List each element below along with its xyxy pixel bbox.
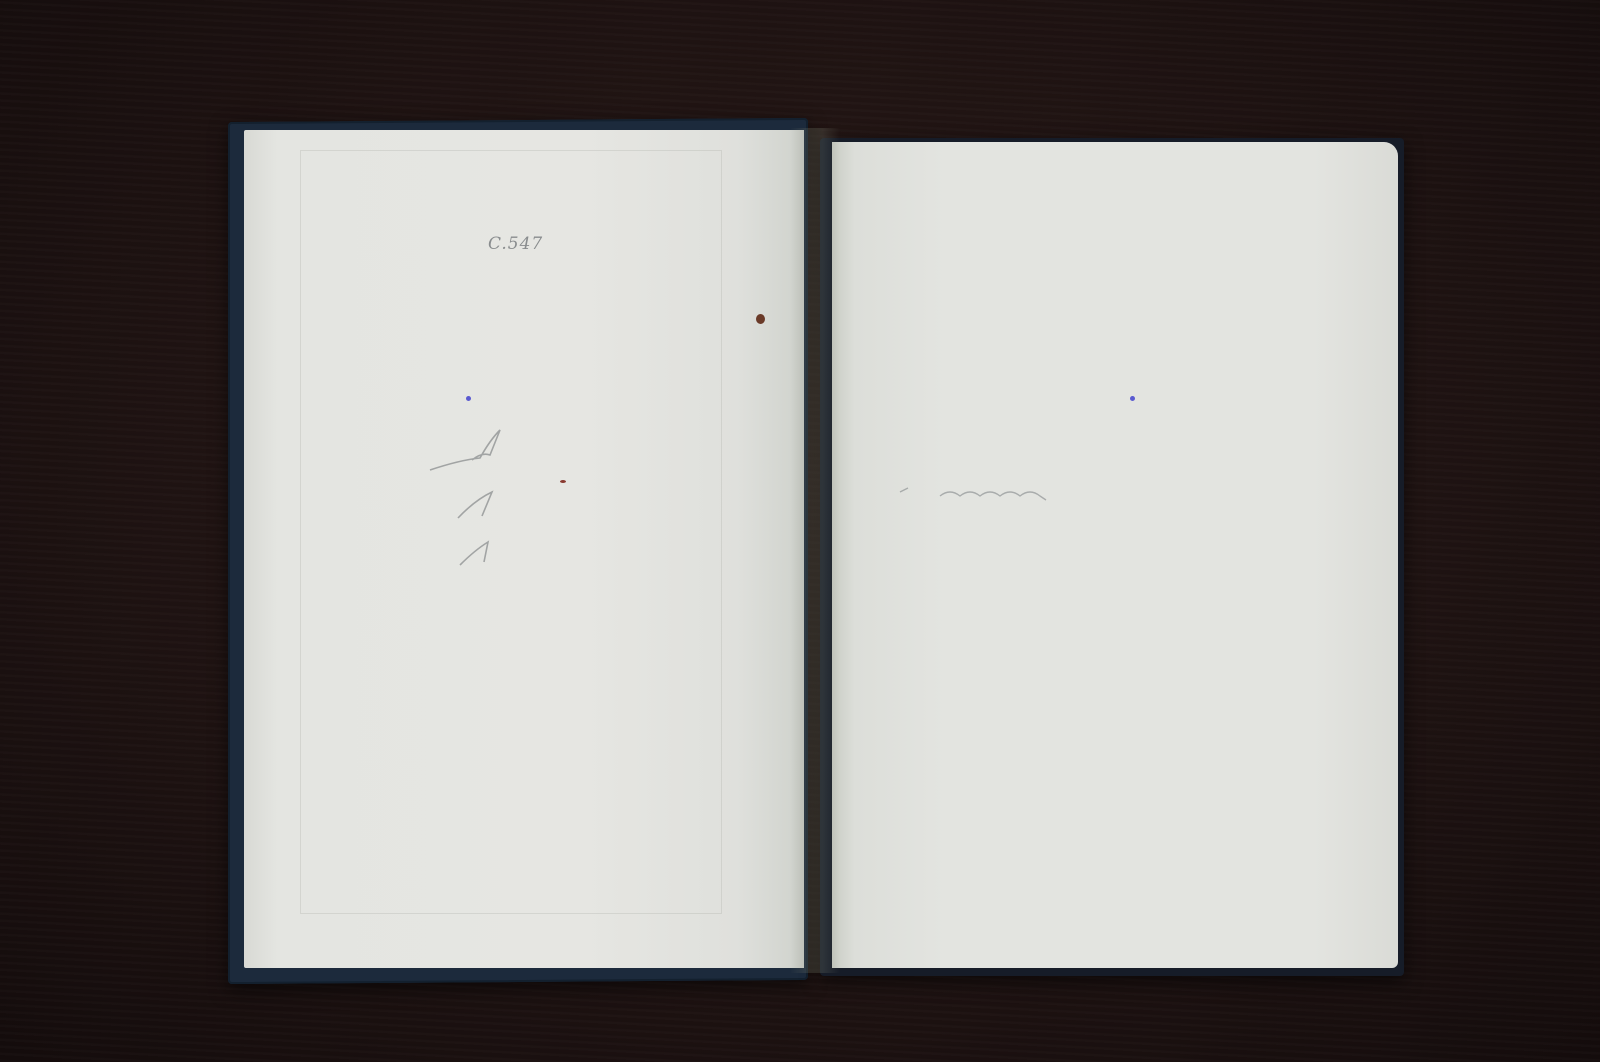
book-gutter bbox=[790, 128, 840, 973]
pencil-catalog-number: C.547 bbox=[488, 234, 543, 254]
brown-stain bbox=[756, 314, 765, 324]
open-book: C.547 bbox=[0, 0, 1600, 1062]
red-mark bbox=[560, 480, 566, 483]
blue-ink-dot bbox=[466, 396, 471, 401]
blue-ink-dot bbox=[1130, 396, 1135, 401]
pencil-scribble-right bbox=[840, 470, 1100, 520]
pencil-scribble-left bbox=[420, 400, 540, 590]
right-endpaper bbox=[832, 142, 1398, 968]
